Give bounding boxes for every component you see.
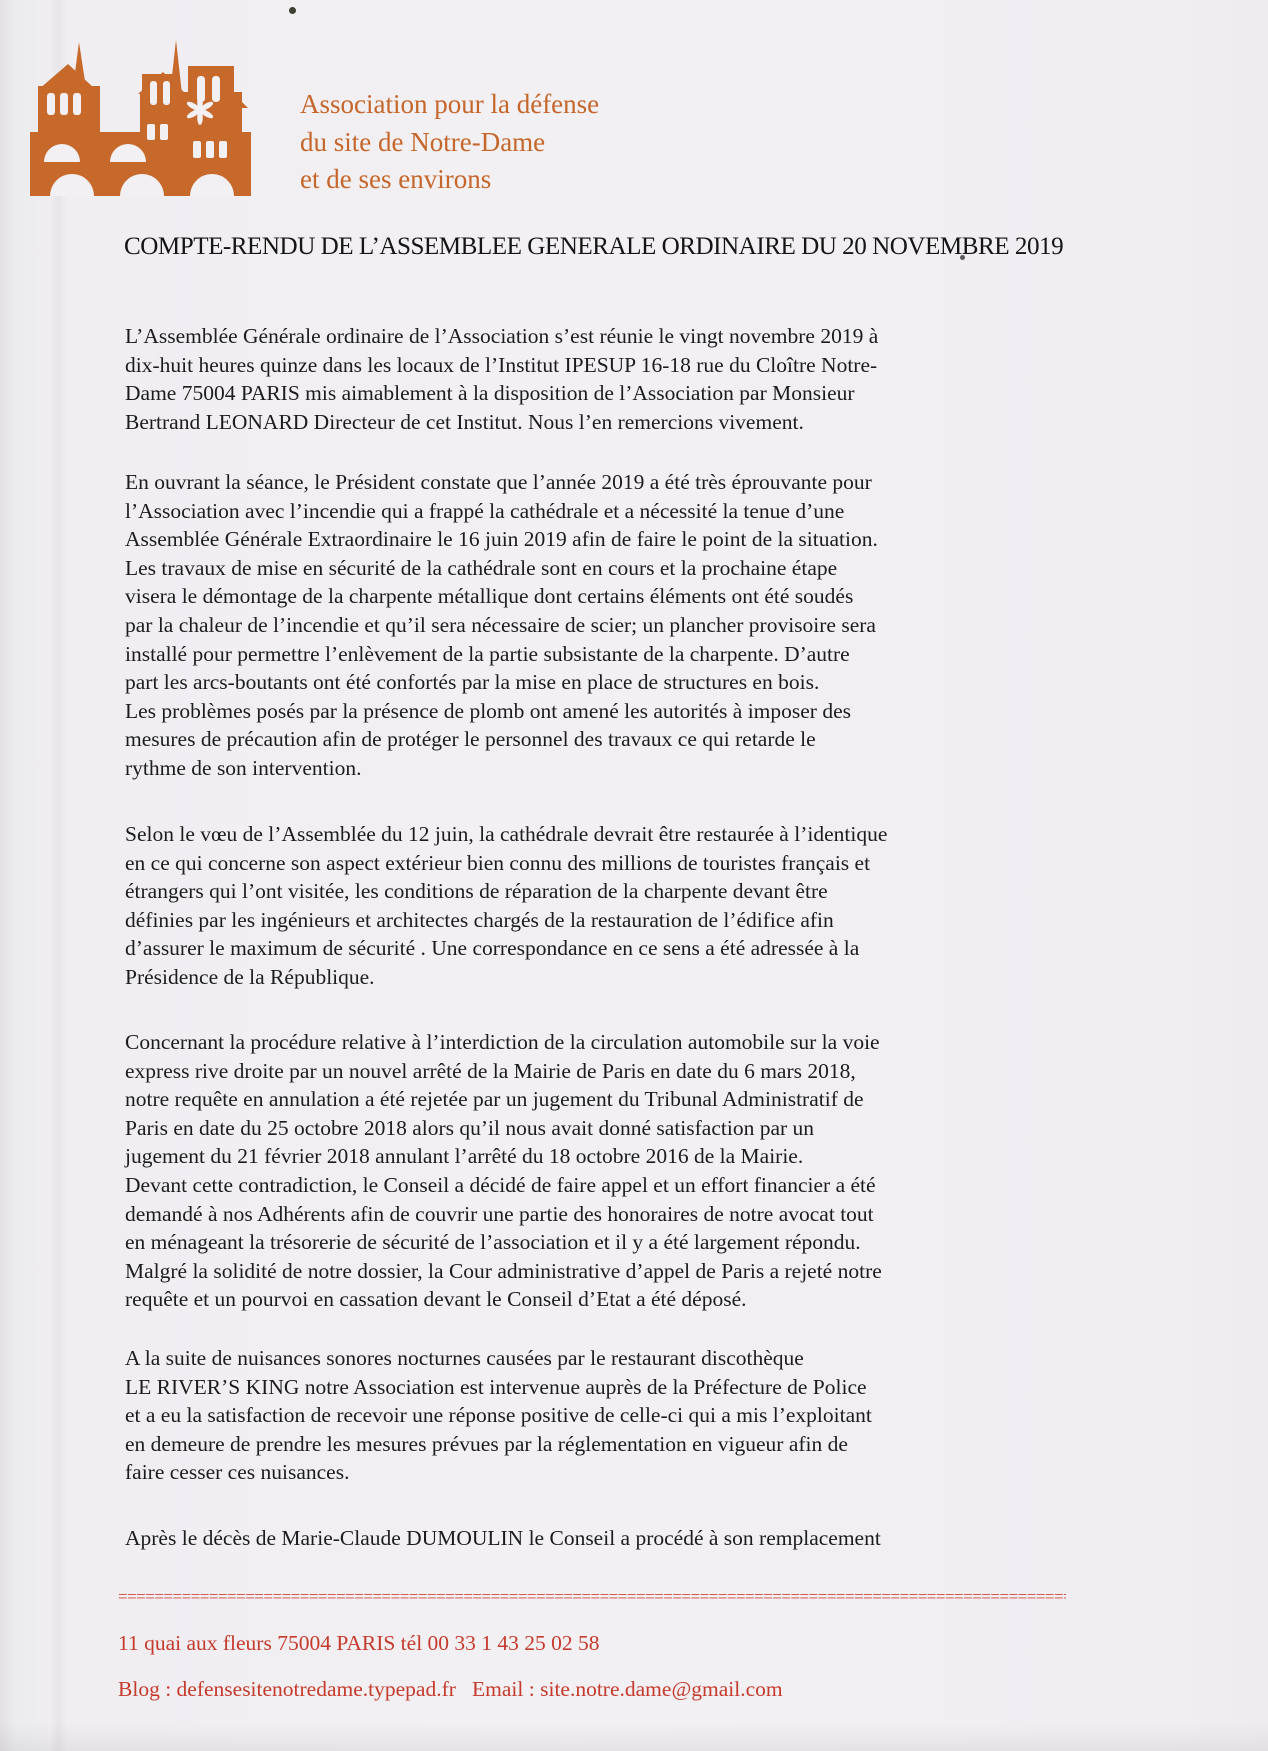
scan-bottom-shadow <box>0 1723 1268 1751</box>
paragraph-legal-procedure: Concernant la procédure relative à l’int… <box>125 1028 1125 1314</box>
footer-blog-email: Blog : defensesitenotredame.typepad.fr E… <box>118 1677 783 1702</box>
paragraph-president-report: En ouvrant la séance, le Président const… <box>125 468 1125 783</box>
paragraph-restoration-wish: Selon le vœu de l’Assemblée du 12 juin, … <box>125 820 1125 992</box>
footer-address: 11 quai aux fleurs 75004 PARIS tél 00 33… <box>118 1631 600 1656</box>
org-name-line: du site de Notre-Dame <box>300 124 599 162</box>
notre-dame-logo-icon <box>30 36 255 196</box>
document-title: COMPTE-RENDU DE L’ASSEMBLEE GENERALE ORD… <box>124 231 1063 261</box>
paragraph-noise-nuisance: A la suite de nuisances sonores nocturne… <box>125 1344 1125 1487</box>
paper-crease <box>50 0 68 1751</box>
paragraph-opening: L’Assemblée Générale ordinaire de l’Asso… <box>125 322 1125 436</box>
org-name-line: et de ses environs <box>300 161 599 199</box>
org-name: Association pour la défense du site de N… <box>300 86 599 199</box>
scan-speck <box>289 7 296 14</box>
paragraph-replacement: Après le décès de Marie-Claude DUMOULIN … <box>125 1524 1125 1553</box>
org-name-line: Association pour la défense <box>300 86 599 124</box>
scanned-document-page: Association pour la défense du site de N… <box>0 0 1268 1751</box>
divider-line: ========================================… <box>118 1588 1066 1605</box>
